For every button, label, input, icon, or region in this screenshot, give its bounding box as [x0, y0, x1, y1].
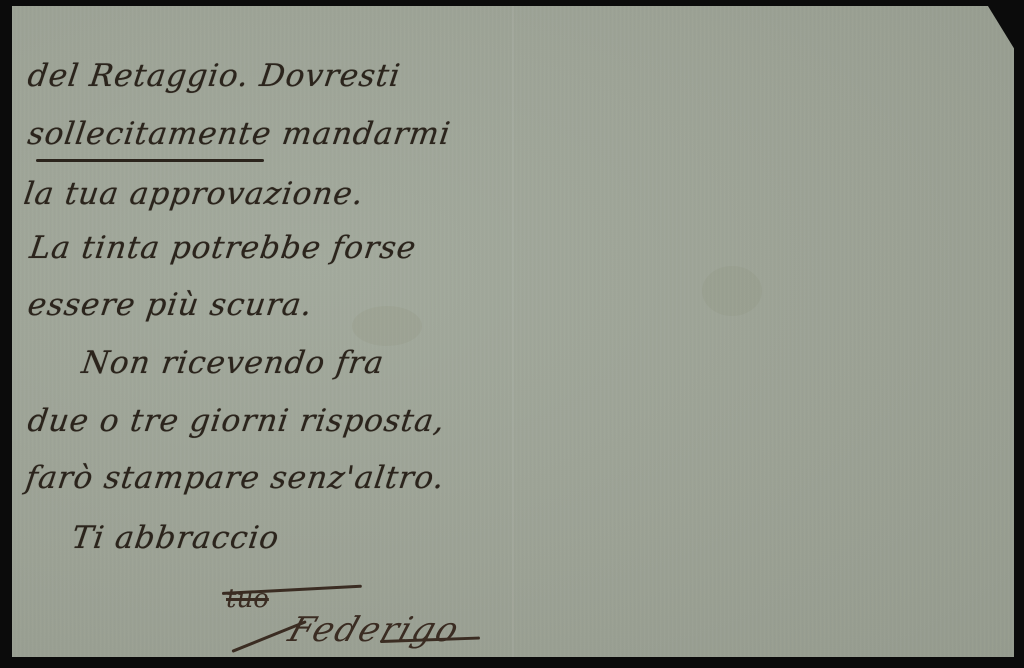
paper-fold-line: [512, 6, 514, 657]
letter-line-8: farò stampare senz'altro.: [23, 460, 447, 496]
letter-closing: Ti abbraccio: [69, 520, 281, 556]
signature-name: Federigo: [284, 610, 466, 650]
letter-line-6: Non ricevendo fra: [79, 345, 386, 381]
underline-sollecitamente: [36, 159, 264, 162]
letter-line-3: la tua approvazione.: [21, 176, 366, 212]
letter-paper: [12, 6, 1014, 657]
scanned-letter: del Retaggio. Dovresti sollecitamente ma…: [0, 0, 1024, 668]
signature-closing: tuo: [226, 584, 269, 614]
paper-stain: [702, 266, 762, 316]
letter-line-2: sollecitamente mandarmi: [25, 116, 453, 152]
paper-stain: [352, 306, 422, 346]
letter-line-5: essere più scura.: [25, 287, 315, 323]
letter-line-1: del Retaggio. Dovresti: [25, 58, 403, 94]
letter-line-7: due o tre giorni risposta,: [25, 403, 447, 439]
letter-line-4: La tinta potrebbe forse: [27, 230, 418, 266]
